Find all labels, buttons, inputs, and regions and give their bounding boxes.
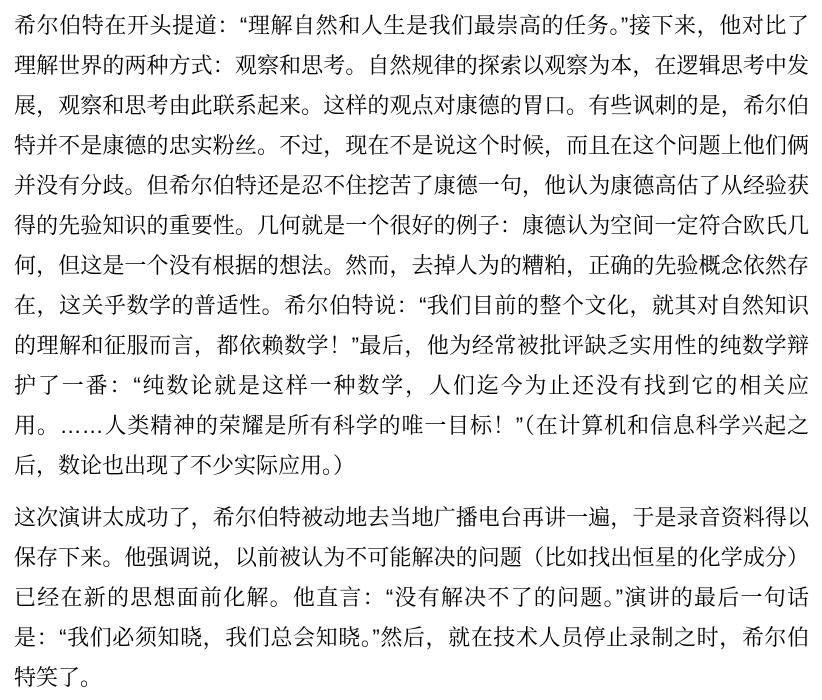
paragraph-radio-recording: 这次演讲太成功了，希尔伯特被动地去当地广播电台再讲一遍，于是录音资料得以保存下来…: [14, 498, 809, 698]
paragraph-hilbert-lecture: 希尔伯特在开头提道：“理解自然和人生是我们最崇高的任务。”接下来，他对比了理解世…: [14, 6, 809, 486]
document-page: 希尔伯特在开头提道：“理解自然和人生是我们最崇高的任务。”接下来，他对比了理解世…: [0, 0, 822, 700]
